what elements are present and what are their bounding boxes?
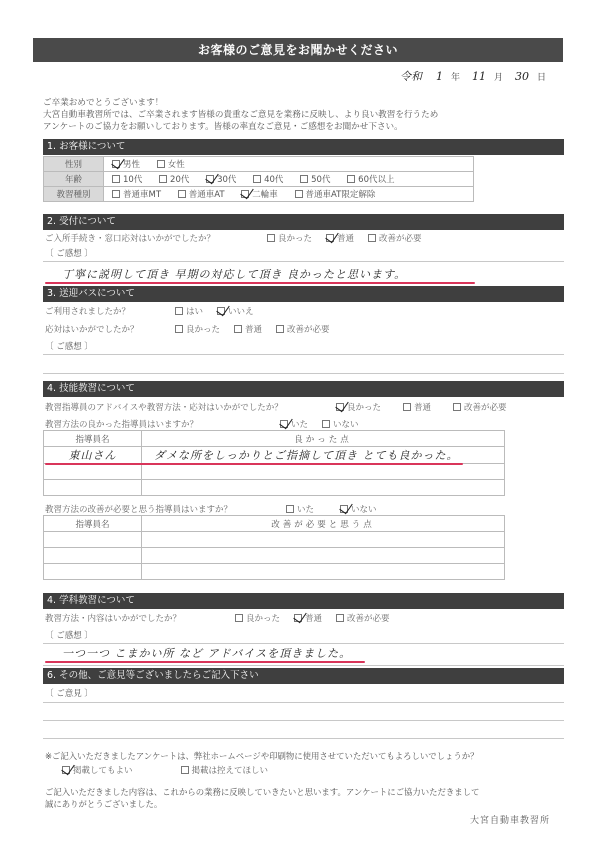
shuttle-improve-checkbox[interactable]: 改善が必要	[276, 323, 330, 335]
checkbox-empty-icon	[175, 325, 183, 333]
divider	[43, 354, 564, 355]
intro-line-1: ご卒業おめでとうございます！	[43, 97, 568, 109]
page-title: お客様のご意見をお聞かせください	[33, 38, 563, 62]
classroom-question-row: 教習方法・内容はいかがでしたか？ 良かった 普通 改善が必要	[45, 612, 404, 624]
shuttle-good-checkbox[interactable]: 良かった	[175, 323, 220, 335]
bad-instructor-no-checkbox[interactable]: いない	[340, 503, 377, 515]
date-month-label: 月	[494, 70, 503, 83]
course-mt-checkbox[interactable]: 普通車MT	[112, 188, 161, 200]
date-day[interactable]: 30	[515, 70, 529, 83]
checkbox-checked-icon	[340, 505, 348, 513]
divider	[43, 373, 564, 374]
divider	[43, 261, 564, 262]
instructor-name-cell[interactable]: 東山さん	[44, 447, 142, 464]
date-year-label: 年	[451, 70, 460, 83]
section-customer-header: 1. お客様について	[43, 139, 564, 155]
checkbox-checked-icon	[62, 766, 70, 774]
age-options: 10代 20代 30代 40代 50代 60代以上	[104, 172, 474, 187]
checkbox-empty-icon	[286, 505, 294, 513]
reception-comment-label: 〔 ご感想 〕	[45, 247, 93, 259]
date-day-label: 日	[537, 70, 546, 83]
checkbox-checked-icon	[294, 614, 302, 622]
section-shuttle-header: 3. 送迎バスについて	[43, 286, 564, 302]
divider	[43, 665, 564, 666]
col-instructor-name: 指導員名	[44, 516, 142, 532]
checkbox-empty-icon	[300, 175, 308, 183]
improvement-point-cell[interactable]	[142, 548, 505, 564]
instructor-name-cell[interactable]	[44, 532, 142, 548]
gender-male-checkbox[interactable]: 男性	[112, 158, 140, 170]
section-driving-header: 4. 技能教習について	[43, 381, 564, 397]
gender-female-checkbox[interactable]: 女性	[157, 158, 185, 170]
checkbox-empty-icon	[112, 190, 120, 198]
age-20s-checkbox[interactable]: 20代	[159, 173, 189, 185]
footer-line-2: 誠にありがとうございました。	[45, 798, 570, 810]
reception-question: ご入所手続き・窓口応対はいかがでしたか？	[45, 232, 267, 244]
checkbox-empty-icon	[159, 175, 167, 183]
improvement-point-cell[interactable]	[142, 532, 505, 548]
age-40s-checkbox[interactable]: 40代	[253, 173, 283, 185]
course-motorcycle-checkbox[interactable]: 二輪車	[241, 188, 278, 200]
good-instructor-no-checkbox[interactable]: いない	[322, 418, 359, 430]
date-year[interactable]: 1	[436, 70, 443, 83]
section-classroom-header: 4. 学科教習について	[43, 593, 564, 609]
checkbox-empty-icon	[336, 614, 344, 622]
bad-instructor-row: 教習方法の改善が必要と思う指導員はいますか？ いた いない	[45, 503, 391, 515]
consent-deny-checkbox[interactable]: 掲載は控えてほしい	[181, 764, 269, 776]
school-signature: 大宮自動車教習所	[470, 813, 550, 826]
bad-instructor-question: 教習方法の改善が必要と思う指導員はいますか？	[45, 503, 286, 515]
highlight-underline	[45, 282, 475, 284]
other-comment-label: 〔 ご意見 〕	[45, 687, 93, 699]
section-reception-header: 2. 受付について	[43, 214, 564, 230]
course-at-release-checkbox[interactable]: 普通車AT限定解除	[295, 188, 376, 200]
age-label: 年齢	[44, 172, 104, 187]
checkbox-checked-icon	[241, 190, 249, 198]
consent-allow-checkbox[interactable]: 掲載してもよい	[62, 764, 133, 776]
instructor-name-cell[interactable]	[44, 548, 142, 564]
highlight-underline	[45, 661, 365, 663]
shuttle-no-checkbox[interactable]: いいえ	[217, 305, 254, 317]
checkbox-empty-icon	[403, 403, 411, 411]
age-50s-checkbox[interactable]: 50代	[300, 173, 330, 185]
age-10s-checkbox[interactable]: 10代	[112, 173, 142, 185]
checkbox-empty-icon	[157, 160, 165, 168]
col-improvement-points: 改善が必要と思う点	[142, 516, 505, 532]
bad-instructor-yes-checkbox[interactable]: いた	[286, 503, 314, 515]
checkbox-checked-icon	[326, 234, 334, 242]
good-instructor-yes-checkbox[interactable]: いた	[280, 418, 308, 430]
shuttle-service-question: 応対はいかがでしたか？	[45, 323, 175, 335]
shuttle-normal-checkbox[interactable]: 普通	[234, 323, 262, 335]
classroom-comment[interactable]: 一つ一つ こまかい所 など アドバイスを頂きました。	[62, 645, 351, 661]
section-other-header: 6. その他、ご意見等ございましたらご記入下さい	[43, 668, 564, 684]
checkbox-checked-icon	[217, 307, 225, 315]
reception-normal-checkbox[interactable]: 普通	[326, 232, 354, 244]
consent-options-row: 掲載してもよい 掲載は控えてほしい	[62, 764, 282, 776]
shuttle-comment-label: 〔 ご感想 〕	[45, 340, 93, 352]
instructor-name-cell[interactable]	[44, 464, 142, 480]
divider	[43, 720, 564, 721]
date-month[interactable]: 11	[472, 70, 486, 83]
divider	[43, 738, 564, 739]
consent-question: ※ご記入いただきましたアンケートは、弊社ホームページや印刷物に使用させていただい…	[45, 750, 570, 762]
date-era: 令和	[400, 68, 422, 84]
course-type-options: 普通車MT 普通車AT 二輪車 普通車AT限定解除	[104, 187, 474, 202]
divider	[43, 702, 564, 703]
good-instructor-question: 教習方法の良かった指導員はいますか？	[45, 418, 280, 430]
checkbox-empty-icon	[235, 614, 243, 622]
checkbox-checked-icon	[336, 403, 344, 411]
checkbox-empty-icon	[322, 420, 330, 428]
course-type-label: 教習種別	[44, 187, 104, 202]
checkbox-empty-icon	[175, 307, 183, 315]
shuttle-used-row: ご利用されましたか？ はい いいえ	[45, 305, 268, 317]
reception-improve-checkbox[interactable]: 改善が必要	[368, 232, 422, 244]
good-point-cell[interactable]	[142, 464, 505, 480]
driving-normal-checkbox[interactable]: 普通	[403, 401, 431, 413]
improvement-point-cell[interactable]	[142, 564, 505, 580]
checkbox-checked-icon	[280, 420, 288, 428]
age-30s-checkbox[interactable]: 30代	[206, 173, 236, 185]
good-point-cell[interactable]	[142, 480, 505, 496]
checkbox-empty-icon	[181, 766, 189, 774]
classroom-improve-checkbox[interactable]: 改善が必要	[336, 612, 390, 624]
good-point-cell[interactable]: ダメな所をしっかりとご指摘して頂き とても良かった。	[142, 447, 505, 464]
checkbox-empty-icon	[276, 325, 284, 333]
shuttle-used-question: ご利用されましたか？	[45, 305, 175, 317]
checkbox-empty-icon	[368, 234, 376, 242]
instructor-name-cell[interactable]	[44, 564, 142, 580]
shuttle-yes-checkbox[interactable]: はい	[175, 305, 203, 317]
checkbox-checked-icon	[112, 160, 120, 168]
reception-good-checkbox[interactable]: 良かった	[267, 232, 312, 244]
driving-instructor-question: 教習指導員のアドバイスや教習方法・応対はいかがでしたか？	[45, 401, 336, 413]
checkbox-empty-icon	[253, 175, 261, 183]
good-instructor-row: 教習方法の良かった指導員はいますか？ いた いない	[45, 418, 373, 430]
bad-instructor-table: 指導員名 改善が必要と思う点	[43, 515, 505, 580]
col-good-points: 良かった点	[142, 431, 505, 447]
date-line: 令和 1 年 11 月 30 日	[400, 68, 570, 84]
course-at-checkbox[interactable]: 普通車AT	[178, 188, 225, 200]
divider	[43, 643, 564, 644]
reception-comment[interactable]: 丁寧に説明して頂き 早期の対応して頂き 良かったと思います。	[62, 266, 406, 282]
intro-text: ご卒業おめでとうございます！ 大宮自動車教習所では、ご卒業されます皆様の貴重なご…	[43, 97, 568, 133]
classroom-good-checkbox[interactable]: 良かった	[235, 612, 280, 624]
checkbox-checked-icon	[206, 175, 214, 183]
intro-line-3: アンケートのご協力をお願いしております。皆様の率直なご意見・ご感想をお聞かせ下さ…	[43, 121, 568, 133]
checkbox-empty-icon	[178, 190, 186, 198]
shuttle-service-row: 応対はいかがでしたか？ 良かった 普通 改善が必要	[45, 323, 344, 335]
classroom-comment-label: 〔 ご感想 〕	[45, 629, 93, 641]
driving-good-checkbox[interactable]: 良かった	[336, 401, 381, 413]
checkbox-empty-icon	[347, 175, 355, 183]
gender-label: 性別	[44, 157, 104, 172]
col-instructor-name: 指導員名	[44, 431, 142, 447]
footer-line-1: ご記入いただきました内容は、これからの業務に反映していきたいと思います。アンケー…	[45, 786, 570, 798]
classroom-question: 教習方法・内容はいかがでしたか？	[45, 612, 235, 624]
driving-instructor-row: 教習指導員のアドバイスや教習方法・応対はいかがでしたか？ 良かった 普通 改善が…	[45, 401, 521, 413]
checkbox-empty-icon	[112, 175, 120, 183]
highlight-underline	[45, 463, 463, 465]
checkbox-empty-icon	[295, 190, 303, 198]
checkbox-empty-icon	[267, 234, 275, 242]
checkbox-empty-icon	[453, 403, 461, 411]
age-60s-checkbox[interactable]: 60代以上	[347, 173, 394, 185]
customer-profile-table: 性別 男性 女性 年齢 10代 20代 30代 40代 50代 60代以上 教習…	[43, 156, 474, 202]
reception-question-row: ご入所手続き・窓口応対はいかがでしたか？ 良かった 普通 改善が必要	[45, 232, 436, 244]
classroom-normal-checkbox[interactable]: 普通	[294, 612, 322, 624]
gender-options: 男性 女性	[104, 157, 474, 172]
instructor-name-cell[interactable]	[44, 480, 142, 496]
footer-text: ご記入いただきました内容は、これからの業務に反映していきたいと思います。アンケー…	[45, 786, 570, 810]
driving-improve-checkbox[interactable]: 改善が必要	[453, 401, 507, 413]
intro-line-2: 大宮自動車教習所では、ご卒業されます皆様の貴重なご意見を業務に反映し、より良い教…	[43, 109, 568, 121]
checkbox-empty-icon	[234, 325, 242, 333]
